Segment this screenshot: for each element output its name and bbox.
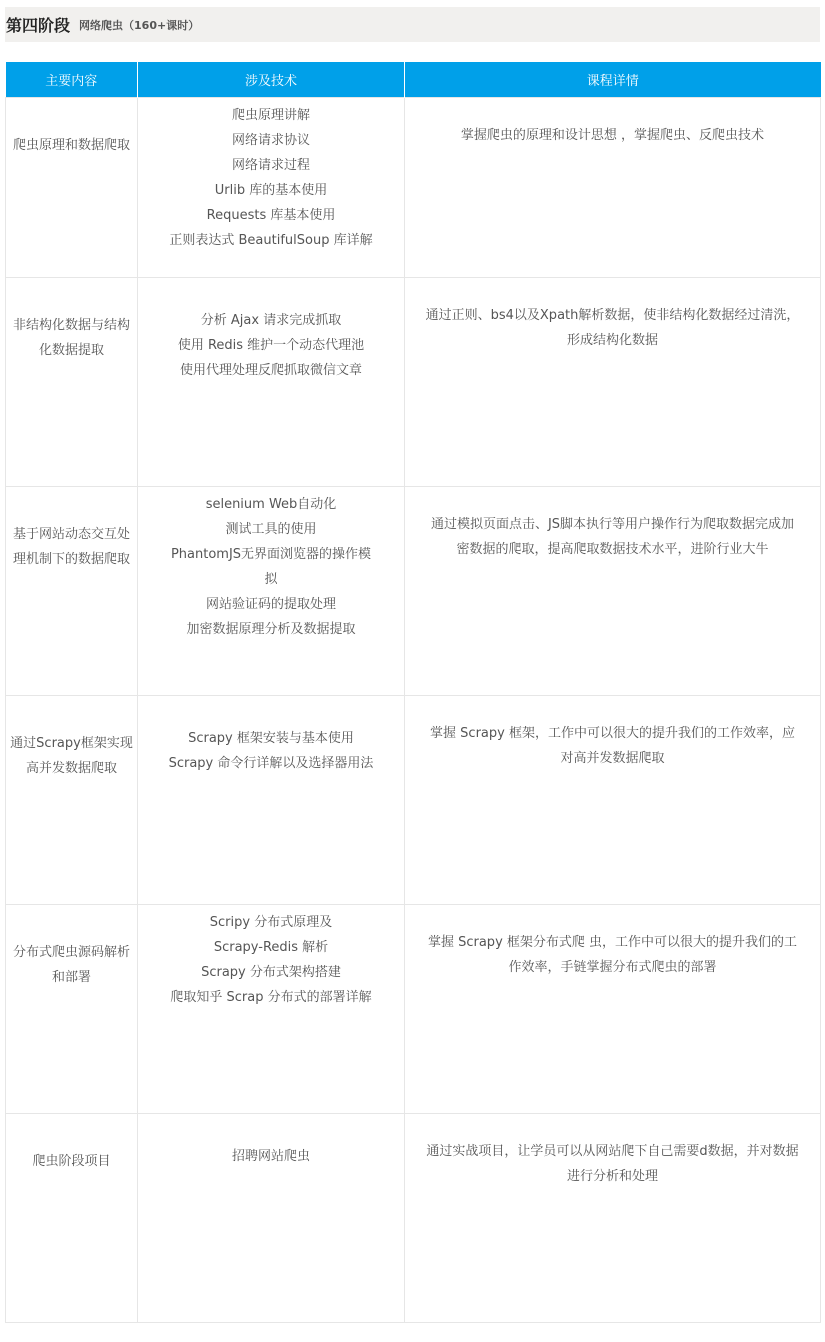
tech-item: Requests 库基本使用 bbox=[138, 203, 404, 228]
tech-item: selenium Web自动化 bbox=[138, 492, 404, 517]
detail-text: 掌握爬虫的原理和设计思想 ，掌握爬虫、反爬虫技术 bbox=[405, 123, 820, 148]
table-header-row: 主要内容 涉及技术 课程详情 bbox=[6, 62, 821, 98]
tech-item: 测试工具的使用 bbox=[138, 517, 404, 542]
topic-cell: 分布式爬虫源码解析和部署 bbox=[6, 905, 138, 1114]
tech-item: 加密数据原理分析及数据提取 bbox=[138, 617, 404, 642]
detail-text: 掌握 Scrapy 框架，工作中可以很大的提升我们的工作效率，应对高并发数据爬取 bbox=[405, 721, 820, 771]
tech-item: 爬取知乎 Scrap 分布式的部署详解 bbox=[138, 985, 404, 1010]
header-technologies: 涉及技术 bbox=[138, 62, 405, 98]
topic-text: 分布式爬虫源码解析和部署 bbox=[6, 940, 137, 990]
topic-text: 爬虫阶段项目 bbox=[6, 1149, 137, 1174]
tech-item: Scrapy-Redis 解析 bbox=[138, 935, 404, 960]
detail-cell: 掌握 Scrapy 框架分布式爬 虫，工作中可以很大的提升我们的工作效率，手链掌… bbox=[405, 905, 821, 1114]
tech-item: 网站验证码的提取处理 bbox=[138, 592, 404, 617]
detail-text: 通过实战项目，让学员可以从网站爬下自己需要d数据，并对数据进行分析和处理 bbox=[405, 1139, 820, 1189]
header-main-content: 主要内容 bbox=[6, 62, 138, 98]
topic-cell: 基于网站动态交互处理机制下的数据爬取 bbox=[6, 487, 138, 696]
tech-item: Scripy 分布式原理及 bbox=[138, 910, 404, 935]
tech-item: 使用代理处理反爬抓取微信文章 bbox=[138, 358, 404, 383]
tech-cell: 爬虫原理讲解 网络请求协议 网络请求过程 Urlib 库的基本使用 Reques… bbox=[138, 98, 405, 278]
topic-cell: 爬虫原理和数据爬取 bbox=[6, 98, 138, 278]
tech-item: 招聘网站爬虫 bbox=[138, 1144, 404, 1169]
stage-header-bar: 第四阶段 网络爬虫（160+课时） bbox=[5, 7, 820, 42]
topic-cell: 非结构化数据与结构化数据提取 bbox=[6, 278, 138, 487]
table-row: 通过Scrapy框架实现高并发数据爬取 Scrapy 框架安装与基本使用 Scr… bbox=[6, 696, 821, 905]
topic-text: 基于网站动态交互处理机制下的数据爬取 bbox=[6, 522, 137, 572]
detail-text: 通过正则、bs4以及Xpath解析数据，使非结构化数据经过清洗，形成结构化数据 bbox=[405, 303, 820, 353]
tech-cell: 分析 Ajax 请求完成抓取 使用 Redis 维护一个动态代理池 使用代理处理… bbox=[138, 278, 405, 487]
detail-cell: 通过模拟页面点击、JS脚本执行等用户操作行为爬取数据完成加密数据的爬取，提高爬取… bbox=[405, 487, 821, 696]
header-course-details: 课程详情 bbox=[405, 62, 821, 98]
tech-item: 网络请求过程 bbox=[138, 153, 404, 178]
tech-item: 网络请求协议 bbox=[138, 128, 404, 153]
tech-item: Urlib 库的基本使用 bbox=[138, 178, 404, 203]
detail-cell: 掌握 Scrapy 框架，工作中可以很大的提升我们的工作效率，应对高并发数据爬取 bbox=[405, 696, 821, 905]
tech-item: Scrapy 框架安装与基本使用 bbox=[138, 726, 404, 751]
tech-cell: 招聘网站爬虫 bbox=[138, 1114, 405, 1323]
table-row: 爬虫原理和数据爬取 爬虫原理讲解 网络请求协议 网络请求过程 Urlib 库的基… bbox=[6, 98, 821, 278]
tech-item: Scrapy 分布式架构搭建 bbox=[138, 960, 404, 985]
detail-cell: 通过正则、bs4以及Xpath解析数据，使非结构化数据经过清洗，形成结构化数据 bbox=[405, 278, 821, 487]
detail-text: 通过模拟页面点击、JS脚本执行等用户操作行为爬取数据完成加密数据的爬取，提高爬取… bbox=[405, 512, 820, 562]
tech-item: 分析 Ajax 请求完成抓取 bbox=[138, 308, 404, 333]
tech-cell: Scrapy 框架安装与基本使用 Scrapy 命令行详解以及选择器用法 bbox=[138, 696, 405, 905]
topic-cell: 通过Scrapy框架实现高并发数据爬取 bbox=[6, 696, 138, 905]
detail-cell: 掌握爬虫的原理和设计思想 ，掌握爬虫、反爬虫技术 bbox=[405, 98, 821, 278]
table-row: 基于网站动态交互处理机制下的数据爬取 selenium Web自动化 测试工具的… bbox=[6, 487, 821, 696]
tech-cell: selenium Web自动化 测试工具的使用 PhantomJS无界面浏览器的… bbox=[138, 487, 405, 696]
tech-item: 正则表达式 BeautifulSoup 库详解 bbox=[138, 228, 404, 253]
table-row: 非结构化数据与结构化数据提取 分析 Ajax 请求完成抓取 使用 Redis 维… bbox=[6, 278, 821, 487]
detail-cell: 通过实战项目，让学员可以从网站爬下自己需要d数据，并对数据进行分析和处理 bbox=[405, 1114, 821, 1323]
topic-text: 爬虫原理和数据爬取 bbox=[6, 133, 137, 158]
tech-item: 使用 Redis 维护一个动态代理池 bbox=[138, 333, 404, 358]
detail-text: 掌握 Scrapy 框架分布式爬 虫，工作中可以很大的提升我们的工作效率，手链掌… bbox=[405, 930, 820, 980]
course-table: 主要内容 涉及技术 课程详情 爬虫原理和数据爬取 爬虫原理讲解 网络请求协议 网… bbox=[5, 62, 821, 1323]
tech-item: Scrapy 命令行详解以及选择器用法 bbox=[138, 751, 404, 776]
topic-text: 通过Scrapy框架实现高并发数据爬取 bbox=[6, 731, 137, 781]
stage-subtitle: 网络爬虫（160+课时） bbox=[79, 17, 199, 33]
topic-cell: 爬虫阶段项目 bbox=[6, 1114, 138, 1323]
stage-title: 第四阶段 bbox=[6, 13, 70, 36]
table-row: 分布式爬虫源码解析和部署 Scripy 分布式原理及 Scrapy-Redis … bbox=[6, 905, 821, 1114]
topic-text: 非结构化数据与结构化数据提取 bbox=[6, 313, 137, 363]
tech-cell: Scripy 分布式原理及 Scrapy-Redis 解析 Scrapy 分布式… bbox=[138, 905, 405, 1114]
tech-item: 爬虫原理讲解 bbox=[138, 103, 404, 128]
tech-item: PhantomJS无界面浏览器的操作模拟 bbox=[138, 542, 404, 592]
table-row: 爬虫阶段项目 招聘网站爬虫 通过实战项目，让学员可以从网站爬下自己需要d数据，并… bbox=[6, 1114, 821, 1323]
